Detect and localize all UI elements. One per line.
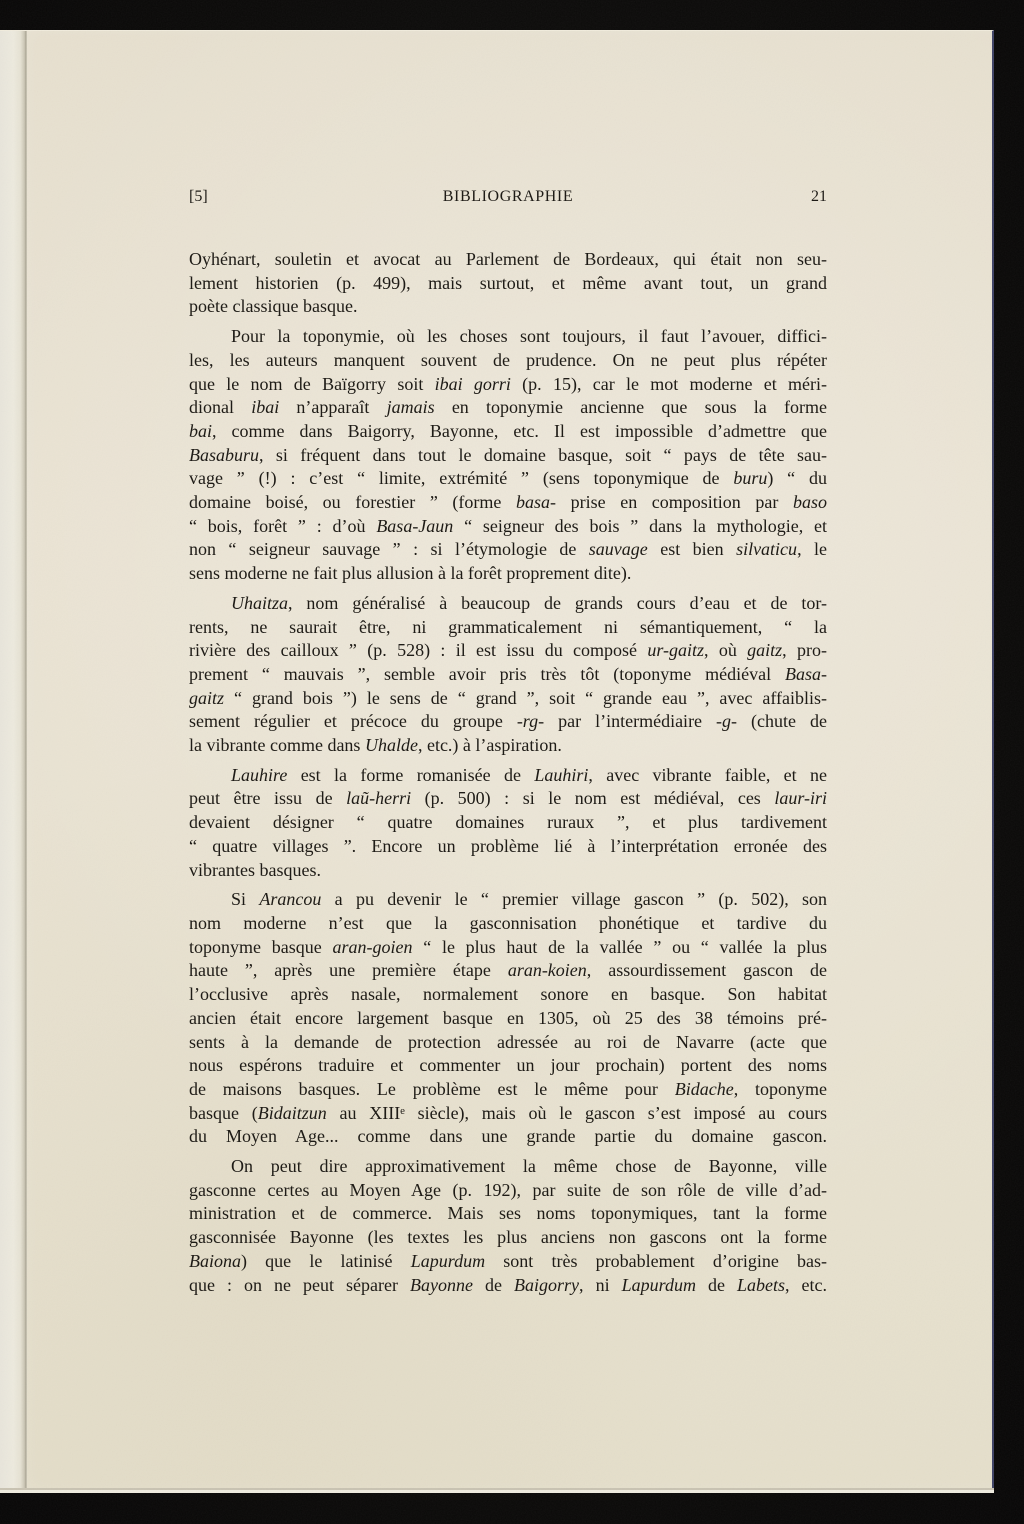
header-signature: [5] xyxy=(189,187,443,207)
paragraph: Lauhire est la forme romanisée de Lauhir… xyxy=(189,764,827,883)
text-line: Uhaitza, nom généralisé à beaucoup de gr… xyxy=(189,592,827,616)
text-line: que le nom de Baïgorry soit ibai gorri (… xyxy=(189,373,827,397)
paragraph: Uhaitza, nom généralisé à beaucoup de gr… xyxy=(189,592,827,758)
text-line: dional ibai n’apparaît jamais en toponym… xyxy=(189,396,827,420)
paragraph: Pour la toponymie, où les choses sont to… xyxy=(189,325,827,586)
text-line: gaitz “ grand bois ”) le sens de “ grand… xyxy=(189,687,827,711)
text-line: ancien était encore largement basque en … xyxy=(189,1007,827,1031)
text-line: Baiona) que le latinisé Lapurdum sont tr… xyxy=(189,1250,827,1274)
paragraph: On peut dire approximativement la même c… xyxy=(189,1155,827,1297)
text-line: Pour la toponymie, où les choses sont to… xyxy=(189,325,827,349)
text-line: vage ” (!) : c’est “ limite, extrémité ”… xyxy=(189,467,827,491)
text-line: rivière des cailloux ” (p. 528) : il est… xyxy=(189,639,827,663)
text-line: “ quatre villages ”. Encore un problème … xyxy=(189,835,827,859)
text-line: sens moderne ne fait plus allusion à la … xyxy=(189,562,827,586)
text-line: prement “ mauvais ”, semble avoir pris t… xyxy=(189,663,827,687)
text-line: Lauhire est la forme romanisée de Lauhir… xyxy=(189,764,827,788)
text-line: les, les auteurs manquent souvent de pru… xyxy=(189,349,827,373)
page-body: Oyhénart, souletin et avocat au Parlemen… xyxy=(189,248,827,1297)
text-line: basque (Bidaitzun au XIIIᵉ siècle), mais… xyxy=(189,1102,827,1126)
text-line: non “ seigneur sauvage ” : si l’étymolog… xyxy=(189,538,827,562)
text-line: gasconnisée Bayonne (les textes les plus… xyxy=(189,1226,827,1250)
text-line: l’occlusive après nasale, normalement so… xyxy=(189,983,827,1007)
text-line: domaine boisé, ou forestier ” (forme bas… xyxy=(189,491,827,515)
text-line: toponyme basque aran-goien “ le plus hau… xyxy=(189,936,827,960)
text-line: poète classique basque. xyxy=(189,295,827,319)
book-page: [5] BIBLIOGRAPHIE 21 Oyhénart, souletin … xyxy=(0,30,994,1488)
text-line: On peut dire approximativement la même c… xyxy=(189,1155,827,1179)
page-fold xyxy=(0,31,27,1488)
header-title: BIBLIOGRAPHIE xyxy=(443,187,573,207)
text-line: de maisons basques. Le problème est le m… xyxy=(189,1078,827,1102)
text-line: Si Arancou a pu devenir le “ premier vil… xyxy=(189,888,827,912)
text-line: devaient désigner “ quatre domaines rura… xyxy=(189,811,827,835)
text-line: la vibrante comme dans Uhalde, etc.) à l… xyxy=(189,734,827,758)
text-column: [5] BIBLIOGRAPHIE 21 Oyhénart, souletin … xyxy=(189,187,827,1297)
page-header: [5] BIBLIOGRAPHIE 21 xyxy=(189,187,827,207)
paragraph: Oyhénart, souletin et avocat au Parlemen… xyxy=(189,248,827,319)
text-line: Basaburu, si fréquent dans tout le domai… xyxy=(189,444,827,468)
text-line: gasconne certes au Moyen Age (p. 192), p… xyxy=(189,1179,827,1203)
text-line: Oyhénart, souletin et avocat au Parlemen… xyxy=(189,248,827,272)
text-line: sement régulier et précoce du groupe -rg… xyxy=(189,710,827,734)
text-line: bai, comme dans Baigorry, Bayonne, etc. … xyxy=(189,420,827,444)
text-line: du Moyen Age... comme dans une grande pa… xyxy=(189,1125,827,1149)
scan-background: [5] BIBLIOGRAPHIE 21 Oyhénart, souletin … xyxy=(0,0,1024,1524)
text-line: que : on ne peut séparer Bayonne de Baig… xyxy=(189,1274,827,1298)
text-line: “ bois, forêt ” : d’où Basa-Jaun “ seign… xyxy=(189,515,827,539)
text-line: ministration et de commerce. Mais ses no… xyxy=(189,1202,827,1226)
text-line: peut être issu de laũ-herri (p. 500) : s… xyxy=(189,787,827,811)
header-page-number: 21 xyxy=(573,187,827,207)
text-line: vibrantes basques. xyxy=(189,859,827,883)
text-line: rents, ne saurait être, ni grammaticalem… xyxy=(189,616,827,640)
text-line: haute ”, après une première étape aran-k… xyxy=(189,959,827,983)
text-line: nom moderne n’est que la gasconnisation … xyxy=(189,912,827,936)
text-line: lement historien (p. 499), mais surtout,… xyxy=(189,272,827,296)
text-line: sents à la demande de protection adressé… xyxy=(189,1031,827,1055)
paragraph: Si Arancou a pu devenir le “ premier vil… xyxy=(189,888,827,1149)
text-line: nous espérons traduire et commenter un j… xyxy=(189,1054,827,1078)
